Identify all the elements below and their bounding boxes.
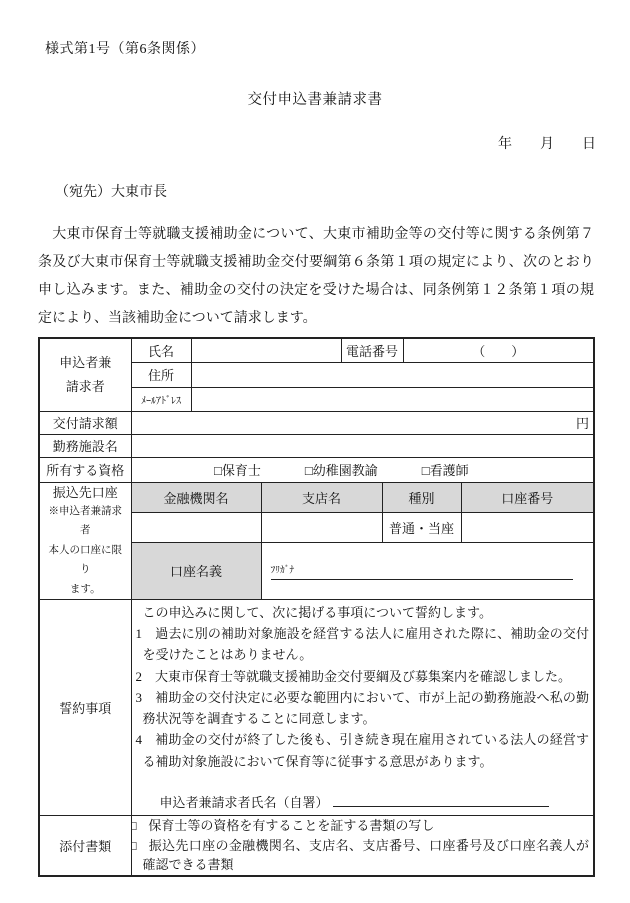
- applicant-label-line2: 請求者: [44, 375, 127, 399]
- bank-institution-header: 金融機関名: [131, 482, 261, 512]
- checkbox-icon: □: [214, 463, 222, 479]
- bank-institution-input-area[interactable]: [131, 512, 261, 542]
- signature-label: 申込者兼請求者氏名（自署）: [160, 795, 329, 810]
- qualifications-options-cell: □保育士 □幼稚園教諭 □看護師: [131, 457, 594, 482]
- checkbox-icon: □: [422, 463, 430, 479]
- name-input-area[interactable]: [191, 338, 341, 362]
- claim-amount-input-area[interactable]: 円: [131, 411, 594, 434]
- bank-branch-header: 支店名: [261, 482, 382, 512]
- checkbox-icon[interactable]: □: [136, 836, 137, 856]
- checkbox-kindergarten-teacher[interactable]: □幼稚園教諭: [305, 460, 378, 479]
- yen-unit-label: 円: [576, 416, 589, 431]
- pledge-item-3: 3 補助金の交付決定に必要な範囲内において、市が上記の勤務施設へ私の勤務状況等を…: [136, 687, 590, 729]
- form-number: 様式第1号（第6条関係）: [45, 38, 205, 58]
- pledge-row-label: 誓約事項: [39, 600, 131, 816]
- application-form-table: 申込者兼 請求者 氏名 電話番号 （ ） 住所 ﾒｰﾙｱﾄﾞﾚｽ 交付請求額 円: [38, 337, 595, 877]
- phone-label: 電話番号: [341, 338, 403, 362]
- email-input-area[interactable]: [191, 387, 594, 411]
- address-label: 住所: [131, 362, 191, 387]
- furigana-fill-in-line[interactable]: ﾌﾘｶﾞﾅ: [271, 564, 574, 580]
- addressee: （宛先）大東市長: [55, 181, 167, 201]
- intro-paragraph: 大東市保育士等就職支援補助金について、大東市補助金等の交付等に関する条例第７条及…: [38, 221, 594, 333]
- applicant-label-line1: 申込者兼: [44, 351, 127, 375]
- checkbox-icon: □: [305, 463, 313, 479]
- bank-number-header: 口座番号: [461, 482, 594, 512]
- bank-account-note-line1: ※申込者兼請求者: [44, 502, 127, 541]
- checkbox-icon[interactable]: □: [136, 816, 137, 836]
- pledge-item-4: 4 補助金の交付が終了した後も、引き続き現在雇用されている法人の経営する補助対象…: [136, 729, 590, 771]
- bank-branch-input-area[interactable]: [261, 512, 382, 542]
- account-holder-label: 口座名義: [131, 542, 261, 599]
- signature-fill-in-line[interactable]: [333, 792, 549, 807]
- attachment-item-text: 振込先口座の金融機関名、支店名、支店番号、口座番号及び口座名義人が確認できる書類: [143, 838, 590, 873]
- bank-account-row-label: 振込先口座 ※申込者兼請求者 本人の口座に限り ます。: [39, 482, 131, 600]
- attachment-item-1: □保育士等の資格を有することを証する書類の写し: [136, 816, 590, 836]
- facility-name-input-area[interactable]: [131, 434, 594, 457]
- facility-name-label: 勤務施設名: [39, 434, 131, 457]
- attachments-content-cell: □保育士等の資格を有することを証する書類の写し □振込先口座の金融機関名、支店名…: [131, 816, 594, 876]
- date-fill-in-line[interactable]: 年 月 日: [0, 133, 630, 153]
- qualifications-label: 所有する資格: [39, 457, 131, 482]
- pledge-item-1: 1 過去に別の補助対象施設を経営する法人に雇用された際に、補助金の交付を受けたこ…: [136, 623, 590, 665]
- qualification-option-label: 幼稚園教諭: [313, 463, 378, 478]
- signature-row: 申込者兼請求者氏名（自署）: [160, 792, 590, 813]
- attachments-row-label: 添付書類: [39, 816, 131, 876]
- page-title: 交付申込書兼請求書: [0, 88, 630, 109]
- account-type-selector[interactable]: 普通・当座: [382, 512, 461, 542]
- phone-input-area[interactable]: （ ）: [403, 338, 594, 362]
- email-label: ﾒｰﾙｱﾄﾞﾚｽ: [131, 387, 191, 411]
- bank-account-label: 振込先口座: [44, 483, 127, 502]
- pledge-content-cell: この申込みに関して、次に掲げる事項について誓約します。 1 過去に別の補助対象施…: [131, 600, 594, 816]
- account-holder-input-area[interactable]: ﾌﾘｶﾞﾅ: [261, 542, 594, 599]
- attachment-item-text: 保育士等の資格を有することを証する書類の写し: [148, 818, 434, 833]
- claim-amount-label: 交付請求額: [39, 411, 131, 434]
- bank-type-header: 種別: [382, 482, 461, 512]
- document-page: 様式第1号（第6条関係） 交付申込書兼請求書 年 月 日 （宛先）大東市長 大東…: [0, 0, 630, 903]
- pledge-item-2: 2 大東市保育士等就職支援補助金交付要綱及び募集案内を確認しました。: [136, 666, 590, 687]
- attachment-item-2: □振込先口座の金融機関名、支店名、支店番号、口座番号及び口座名義人が確認できる書…: [136, 836, 590, 875]
- applicant-row-label: 申込者兼 請求者: [39, 338, 131, 411]
- qualification-option-label: 保育士: [222, 463, 261, 478]
- address-input-area[interactable]: [191, 362, 594, 387]
- pledge-intro: この申込みに関して、次に掲げる事項について誓約します。: [143, 602, 590, 623]
- account-number-input-area[interactable]: [461, 512, 594, 542]
- qualification-option-label: 看護師: [430, 463, 469, 478]
- bank-account-note-line3: ます。: [44, 580, 127, 600]
- name-label: 氏名: [131, 338, 191, 362]
- checkbox-hoikushi[interactable]: □保育士: [214, 460, 261, 479]
- checkbox-nurse[interactable]: □看護師: [422, 460, 469, 479]
- bank-account-note-line2: 本人の口座に限り: [44, 541, 127, 580]
